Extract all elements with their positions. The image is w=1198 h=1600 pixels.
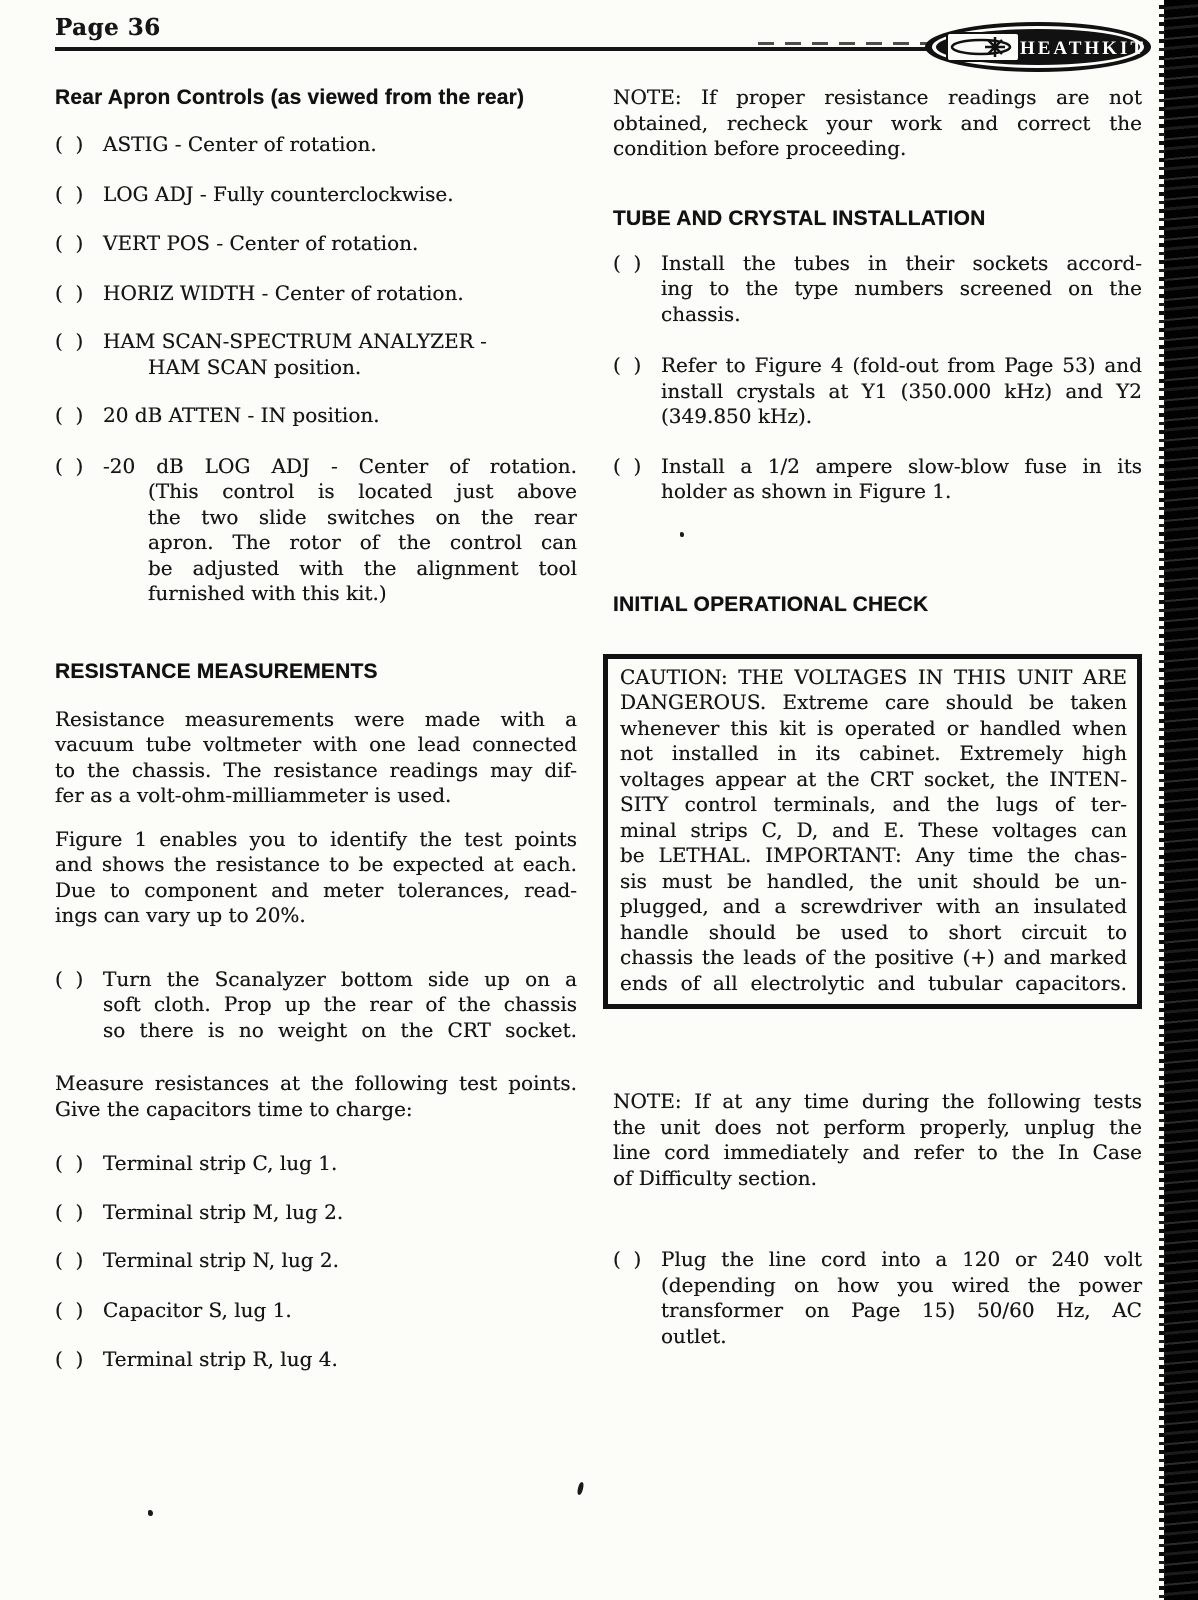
checklist-item: ( )Plug the line cord into a 120 or 240 … bbox=[613, 1247, 1142, 1349]
checklist-item: ( )LOG ADJ - Fully counterclockwise. bbox=[55, 182, 577, 208]
checklist-item-text: Refer to Figure 4 (fold-out from Page 53… bbox=[661, 353, 1142, 430]
paragraph: NOTE: If at any time during the followin… bbox=[613, 1089, 1142, 1191]
checkbox-marker: ( ) bbox=[55, 1200, 103, 1226]
checklist-item: ( )-20 dB LOG ADJ - Center of rotation.(… bbox=[55, 454, 577, 607]
text-line: HAM SCAN-SPECTRUM ANALYZER - bbox=[103, 329, 577, 355]
text-line: Capacitor S, lug 1. bbox=[103, 1298, 577, 1324]
checklist-item-text: HAM SCAN-SPECTRUM ANALYZER -HAM SCAN pos… bbox=[103, 329, 577, 380]
text-line: transformer on Page 15) 50/60 Hz, AC bbox=[661, 1298, 1142, 1324]
checkbox-marker: ( ) bbox=[613, 251, 661, 328]
header-rule bbox=[55, 47, 1008, 51]
text-line: NOTE: If at any time during the followin… bbox=[613, 1089, 1142, 1115]
text-line: obtained, recheck your work and correct … bbox=[613, 111, 1142, 137]
text-line: sis must be handled, the unit should be … bbox=[620, 869, 1127, 895]
text-line: fer as a volt-ohm-milliammeter is used. bbox=[55, 783, 577, 809]
text-line: DANGEROUS. Extreme care should be taken bbox=[620, 690, 1127, 716]
section-heading: RESISTANCE MEASUREMENTS bbox=[55, 659, 577, 684]
checklist-item-text: Capacitor S, lug 1. bbox=[103, 1298, 577, 1324]
checklist-item: ( )20 dB ATTEN - IN position. bbox=[55, 403, 577, 429]
section-heading: Rear Apron Controls (as viewed from the … bbox=[55, 85, 577, 110]
text-line: Due to component and meter tolerances, r… bbox=[55, 878, 577, 904]
checkbox-marker: ( ) bbox=[55, 454, 103, 607]
text-line: Plug the line cord into a 120 or 240 vol… bbox=[661, 1247, 1142, 1273]
ink-speck bbox=[148, 1510, 153, 1516]
right-column: NOTE: If proper resistance readings are … bbox=[613, 85, 1142, 1349]
checklist-item: ( )Terminal strip C, lug 1. bbox=[55, 1151, 577, 1177]
text-line: chassis the leads of the positive (+) an… bbox=[620, 945, 1127, 971]
paragraph: Measure resistances at the following tes… bbox=[55, 1071, 577, 1122]
checkbox-marker: ( ) bbox=[613, 1247, 661, 1349]
section-heading: TUBE AND CRYSTAL INSTALLATION bbox=[613, 206, 1142, 231]
heathkit-logo: HEATHKIT bbox=[923, 20, 1153, 74]
checklist-item-text: Install the tubes in their sockets accor… bbox=[661, 251, 1142, 328]
text-line: (This control is located just above bbox=[148, 479, 577, 505]
text-line: plugged, and a screwdriver with an insul… bbox=[620, 894, 1127, 920]
paragraph: NOTE: If proper resistance readings are … bbox=[613, 85, 1142, 162]
text-line: be LETHAL. IMPORTANT: Any time the chas- bbox=[620, 843, 1127, 869]
text-line: Turn the Scanalyzer bottom side up on a bbox=[103, 967, 577, 993]
page-number: Page 36 bbox=[55, 14, 161, 41]
checklist-item-text: VERT POS - Center of rotation. bbox=[103, 231, 577, 257]
text-line: ASTIG - Center of rotation. bbox=[103, 132, 577, 158]
checklist-item-text: Terminal strip R, lug 4. bbox=[103, 1347, 577, 1373]
text-line: and shows the resistance to be expected … bbox=[55, 852, 577, 878]
checklist-item: ( )HORIZ WIDTH - Center of rotation. bbox=[55, 281, 577, 307]
text-line: not installed in its cabinet. Extremely … bbox=[620, 741, 1127, 767]
text-line: NOTE: If proper resistance readings are … bbox=[613, 85, 1142, 111]
text-line: Figure 1 enables you to identify the tes… bbox=[55, 827, 577, 853]
checklist-item-text: Plug the line cord into a 120 or 240 vol… bbox=[661, 1247, 1142, 1349]
text-line: the unit does not perform properly, unpl… bbox=[613, 1115, 1142, 1141]
checklist-item-text: ASTIG - Center of rotation. bbox=[103, 132, 577, 158]
heathkit-logo-graphic: HEATHKIT bbox=[923, 20, 1153, 74]
text-line: ings can vary up to 20%. bbox=[55, 903, 577, 929]
section-heading: INITIAL OPERATIONAL CHECK bbox=[613, 592, 1142, 617]
text-line: Terminal strip C, lug 1. bbox=[103, 1151, 577, 1177]
text-line: be adjusted with the alignment tool bbox=[148, 556, 577, 582]
checklist-item-text: Install a 1/2 ampere slow-blow fuse in i… bbox=[661, 454, 1142, 505]
text-line: vacuum tube voltmeter with one lead conn… bbox=[55, 732, 577, 758]
text-line: HAM SCAN position. bbox=[148, 355, 577, 381]
checkbox-marker: ( ) bbox=[613, 353, 661, 430]
text-line: ing to the type numbers screened on the bbox=[661, 276, 1142, 302]
checklist-item-text: Terminal strip N, lug 2. bbox=[103, 1248, 577, 1274]
text-line: -20 dB LOG ADJ - Center of rotation. bbox=[103, 454, 577, 480]
text-line: Install a 1/2 ampere slow-blow fuse in i… bbox=[661, 454, 1142, 480]
scan-edge-artifact bbox=[1164, 0, 1198, 1600]
logo-wordmark: HEATHKIT bbox=[1020, 38, 1146, 59]
text-line: whenever this kit is operated or handled… bbox=[620, 716, 1127, 742]
ink-speck bbox=[680, 532, 684, 537]
text-line: (depending on how you wired the power bbox=[661, 1273, 1142, 1299]
left-column: Rear Apron Controls (as viewed from the … bbox=[55, 85, 577, 1373]
text-line: Terminal strip M, lug 2. bbox=[103, 1200, 577, 1226]
checkbox-marker: ( ) bbox=[55, 281, 103, 307]
caution-box: CAUTION: THE VOLTAGES IN THIS UNIT AREDA… bbox=[603, 654, 1142, 1010]
text-line: to the chassis. The resistance readings … bbox=[55, 758, 577, 784]
checkbox-marker: ( ) bbox=[55, 329, 103, 380]
text-line: 20 dB ATTEN - IN position. bbox=[103, 403, 577, 429]
checkbox-marker: ( ) bbox=[55, 132, 103, 158]
checkbox-marker: ( ) bbox=[55, 182, 103, 208]
text-line: Give the capacitors time to charge: bbox=[55, 1097, 577, 1123]
text-line: Terminal strip N, lug 2. bbox=[103, 1248, 577, 1274]
text-line: apron. The rotor of the control can bbox=[148, 530, 577, 556]
text-line: SITY control terminals, and the lugs of … bbox=[620, 792, 1127, 818]
text-line: chassis. bbox=[661, 302, 1142, 328]
text-line: line cord immediately and refer to the I… bbox=[613, 1140, 1142, 1166]
checkbox-marker: ( ) bbox=[55, 1347, 103, 1373]
checklist-item: ( )Install a 1/2 ampere slow-blow fuse i… bbox=[613, 454, 1142, 505]
paragraph: Figure 1 enables you to identify the tes… bbox=[55, 827, 577, 929]
checkbox-marker: ( ) bbox=[55, 967, 103, 1044]
text-line: Terminal strip R, lug 4. bbox=[103, 1347, 577, 1373]
text-line: furnished with this kit.) bbox=[148, 581, 577, 607]
text-line: LOG ADJ - Fully counterclockwise. bbox=[103, 182, 577, 208]
checkbox-marker: ( ) bbox=[613, 454, 661, 505]
checkbox-marker: ( ) bbox=[55, 1248, 103, 1274]
checkbox-marker: ( ) bbox=[55, 403, 103, 429]
text-line: handle should be used to short circuit t… bbox=[620, 920, 1127, 946]
text-line: Install the tubes in their sockets accor… bbox=[661, 251, 1142, 277]
text-line: HORIZ WIDTH - Center of rotation. bbox=[103, 281, 577, 307]
checklist-item-text: 20 dB ATTEN - IN position. bbox=[103, 403, 577, 429]
text-line: soft cloth. Prop up the rear of the chas… bbox=[103, 992, 577, 1018]
checklist-item: ( )Install the tubes in their sockets ac… bbox=[613, 251, 1142, 328]
text-line: voltages appear at the CRT socket, the I… bbox=[620, 767, 1127, 793]
text-line: condition before proceeding. bbox=[613, 136, 1142, 162]
checkbox-marker: ( ) bbox=[55, 1298, 103, 1324]
document-page: Page 36 HEATHKIT Rear Apron Controls (as… bbox=[0, 0, 1198, 1600]
text-line: Resistance measurements were made with a bbox=[55, 707, 577, 733]
text-line: holder as shown in Figure 1. bbox=[661, 479, 1142, 505]
checklist-item-text: LOG ADJ - Fully counterclockwise. bbox=[103, 182, 577, 208]
paragraph: Resistance measurements were made with a… bbox=[55, 707, 577, 809]
checklist-item: ( )Capacitor S, lug 1. bbox=[55, 1298, 577, 1324]
checklist-item-text: -20 dB LOG ADJ - Center of rotation.(Thi… bbox=[103, 454, 577, 607]
checkbox-marker: ( ) bbox=[55, 1151, 103, 1177]
checklist-item-text: Terminal strip C, lug 1. bbox=[103, 1151, 577, 1177]
checklist-item: ( )Turn the Scanalyzer bottom side up on… bbox=[55, 967, 577, 1044]
checkbox-marker: ( ) bbox=[55, 231, 103, 257]
checklist-item: ( )Refer to Figure 4 (fold-out from Page… bbox=[613, 353, 1142, 430]
checklist-item: ( )Terminal strip R, lug 4. bbox=[55, 1347, 577, 1373]
text-line: so there is no weight on the CRT socket. bbox=[103, 1018, 577, 1044]
checklist-item: ( )ASTIG - Center of rotation. bbox=[55, 132, 577, 158]
checklist-item-text: Turn the Scanalyzer bottom side up on as… bbox=[103, 967, 577, 1044]
checklist-item: ( )Terminal strip N, lug 2. bbox=[55, 1248, 577, 1274]
checklist-item: ( )HAM SCAN-SPECTRUM ANALYZER -HAM SCAN … bbox=[55, 329, 577, 380]
ink-speck bbox=[577, 1482, 585, 1496]
text-line: install crystals at Y1 (350.000 kHz) and… bbox=[661, 379, 1142, 405]
checklist-item: ( )Terminal strip M, lug 2. bbox=[55, 1200, 577, 1226]
text-line: ends of all electrolytic and tubular cap… bbox=[620, 971, 1127, 997]
checklist-item-text: Terminal strip M, lug 2. bbox=[103, 1200, 577, 1226]
text-line: minal strips C, D, and E. These voltages… bbox=[620, 818, 1127, 844]
text-line: VERT POS - Center of rotation. bbox=[103, 231, 577, 257]
checklist-item: ( )VERT POS - Center of rotation. bbox=[55, 231, 577, 257]
text-line: Measure resistances at the following tes… bbox=[55, 1071, 577, 1097]
text-line: of Difficulty section. bbox=[613, 1166, 1142, 1192]
atom-box bbox=[947, 33, 1019, 61]
text-line: Refer to Figure 4 (fold-out from Page 53… bbox=[661, 353, 1142, 379]
checklist-item-text: HORIZ WIDTH - Center of rotation. bbox=[103, 281, 577, 307]
text-line: (349.850 kHz). bbox=[661, 404, 1142, 430]
text-line: the two slide switches on the rear bbox=[148, 505, 577, 531]
text-line: CAUTION: THE VOLTAGES IN THIS UNIT ARE bbox=[620, 665, 1127, 691]
text-line: outlet. bbox=[661, 1324, 1142, 1350]
